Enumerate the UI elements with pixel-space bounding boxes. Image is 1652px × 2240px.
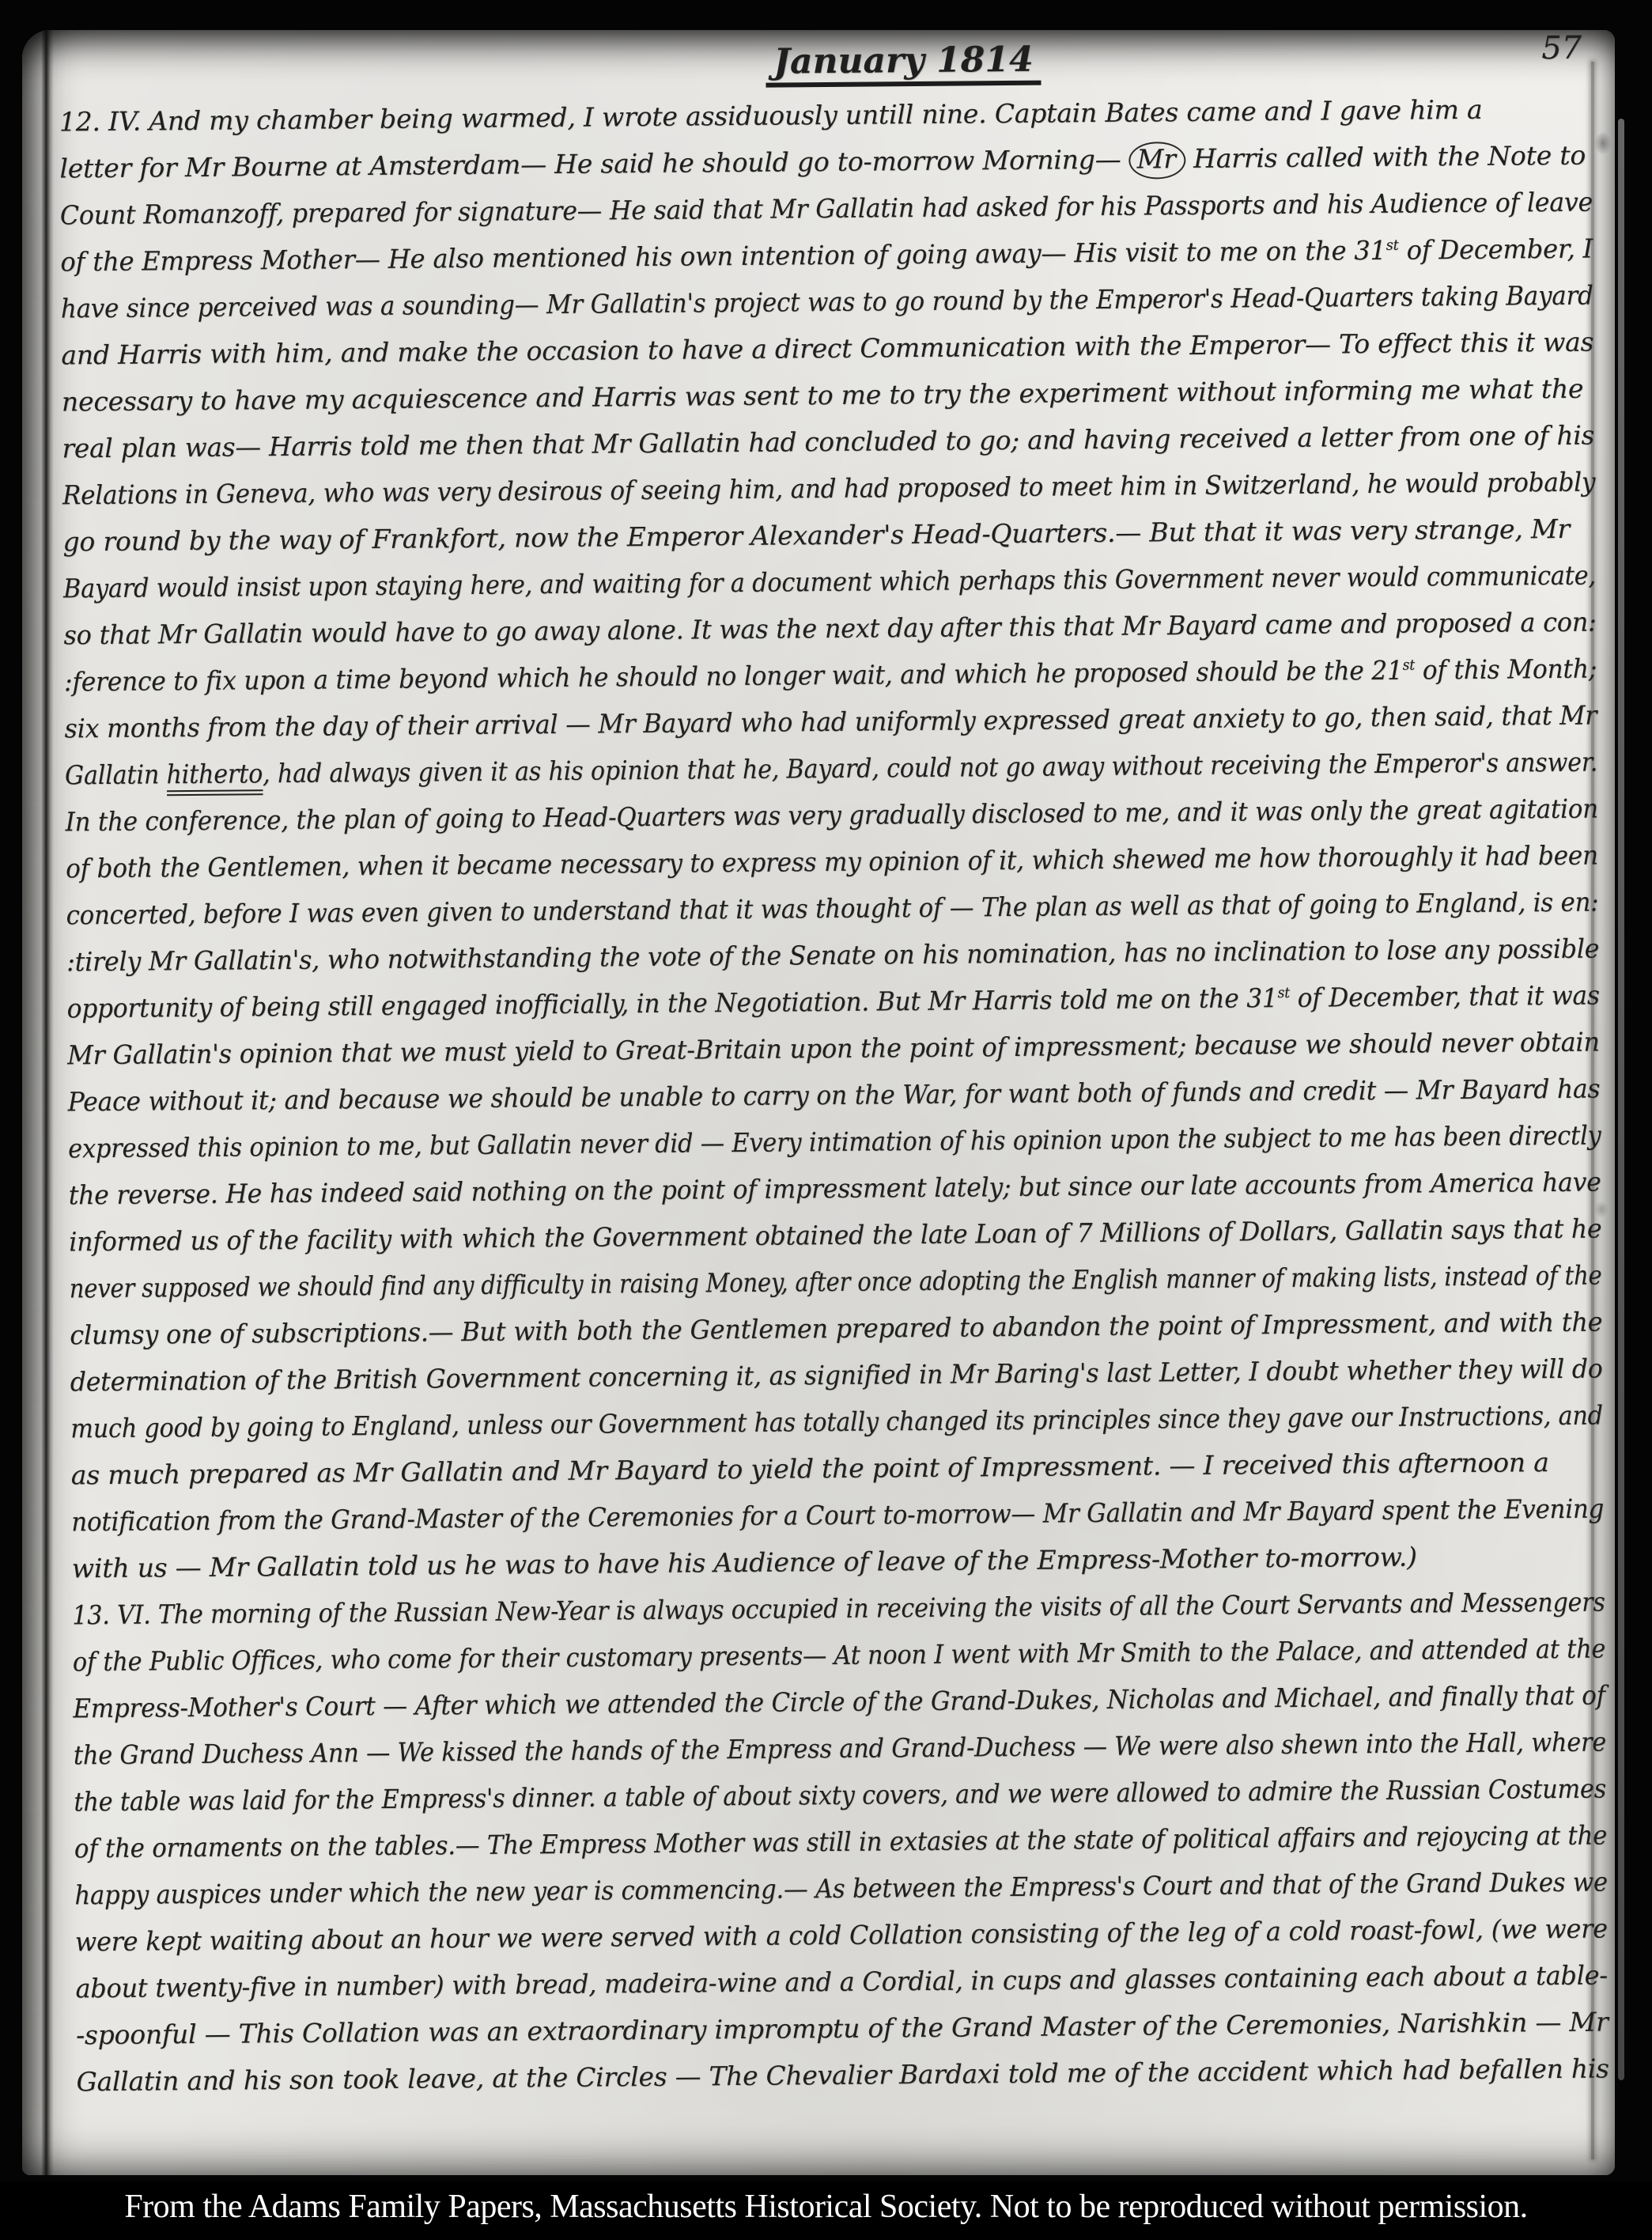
manuscript-text: 12. IV. And my chamber being warmed, I w… <box>59 85 1609 2106</box>
scan-background: { "document": { "title": "January 1814",… <box>0 0 1652 2240</box>
page-title: January 1814 <box>766 40 1041 88</box>
footer-credit-bar: From the Adams Family Papers, Massachuse… <box>0 2181 1652 2240</box>
ink-smudge <box>1594 131 1612 155</box>
page-header: January 1814 57 <box>59 33 1591 96</box>
underlying-page-edge <box>1618 119 1624 2080</box>
footer-credit-text: From the Adams Family Papers, Massachuse… <box>0 2181 1652 2232</box>
manuscript-page: January 1814 57 12. IV. And my chamber b… <box>22 30 1615 2175</box>
binding-gutter-shadow <box>41 30 54 2175</box>
page-number: 57 <box>1541 30 1582 66</box>
manuscript-content: January 1814 57 12. IV. And my chamber b… <box>59 33 1609 2106</box>
